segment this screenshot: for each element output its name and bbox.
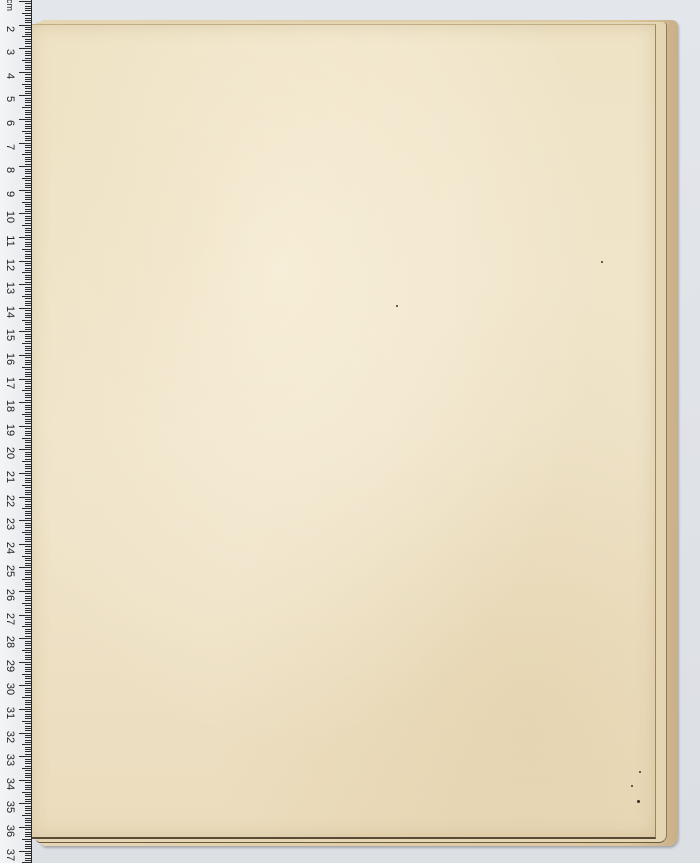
ruler-tick — [25, 348, 31, 349]
ruler-tick — [25, 81, 31, 82]
ruler-tick — [19, 166, 31, 167]
ruler-tick — [25, 799, 31, 800]
blank-page — [31, 24, 656, 839]
ruler-tick — [25, 336, 31, 337]
ruler-tick — [25, 643, 31, 644]
ruler-tick — [25, 667, 31, 668]
ruler-tick — [25, 256, 31, 257]
ruler-tick — [25, 369, 31, 370]
ruler-tick — [25, 121, 31, 122]
ruler-tick — [25, 853, 31, 854]
ruler-tick — [25, 8, 31, 9]
ruler-tick — [25, 161, 31, 162]
ruler-tick — [25, 598, 31, 599]
ruler-tick — [25, 759, 31, 760]
ruler-tick — [25, 126, 31, 127]
ruler-tick — [25, 796, 31, 797]
ruler-label: 19 — [4, 421, 16, 439]
ruler-tick — [25, 265, 31, 266]
ruler-tick — [25, 499, 31, 500]
ruler-tick — [25, 435, 31, 436]
ruler-tick — [25, 53, 31, 54]
ruler-tick — [22, 60, 31, 61]
ruler-tick — [25, 187, 31, 188]
ruler-tick — [25, 140, 31, 141]
ruler-tick — [25, 678, 31, 679]
ruler-tick — [19, 733, 31, 734]
ruler-tick — [25, 350, 31, 351]
ruler-tick — [25, 822, 31, 823]
ruler-tick — [25, 513, 31, 514]
ruler-tick — [25, 754, 31, 755]
ruler-tick — [25, 128, 31, 129]
ruler-tick — [25, 405, 31, 406]
ruler-tick — [25, 180, 31, 181]
ruler-tick — [22, 296, 31, 297]
ruler-tick — [25, 421, 31, 422]
ruler-tick — [25, 324, 31, 325]
ruler-tick — [25, 466, 31, 467]
ruler-tick — [19, 143, 31, 144]
ruler-tick — [25, 55, 31, 56]
ruler-tick — [25, 282, 31, 283]
ruler-tick — [25, 737, 31, 738]
ruler-tick — [25, 619, 31, 620]
ruler-tick — [22, 343, 31, 344]
ruler-tick — [25, 185, 31, 186]
ruler-tick — [25, 773, 31, 774]
ruler-tick — [25, 718, 31, 719]
ruler-tick — [25, 51, 31, 52]
ruler-tick — [25, 327, 31, 328]
ruler-tick — [25, 270, 31, 271]
ruler-tick — [25, 806, 31, 807]
ruler-tick — [25, 98, 31, 99]
ruler-label: 35 — [4, 798, 16, 816]
ruler-tick — [25, 29, 31, 30]
ruler-tick — [25, 813, 31, 814]
ruler-tick — [25, 381, 31, 382]
ruler-tick — [25, 150, 31, 151]
ruler-tick — [25, 560, 31, 561]
ruler-tick — [25, 700, 31, 701]
ink-speck — [639, 771, 641, 773]
ruler-tick — [25, 657, 31, 658]
ruler-tick — [19, 685, 31, 686]
ruler-tick — [25, 251, 31, 252]
ruler-tick — [25, 494, 31, 495]
ruler-tick — [19, 851, 31, 852]
ruler-tick — [25, 707, 31, 708]
ruler-tick — [25, 197, 31, 198]
ruler-tick — [25, 515, 31, 516]
ruler-tick — [25, 501, 31, 502]
ruler-tick — [25, 133, 31, 134]
ruler-label: 22 — [4, 492, 16, 510]
ruler-label: 12 — [4, 256, 16, 274]
ruler-label: 18 — [4, 397, 16, 415]
ruler-tick — [25, 527, 31, 528]
ruler-tick — [25, 478, 31, 479]
ruler-tick — [25, 820, 31, 821]
ruler-tick — [25, 480, 31, 481]
centimeter-ruler: cm23456789101112131415161718192021222324… — [0, 0, 32, 863]
ruler-tick — [25, 239, 31, 240]
ruler-label: 36 — [4, 822, 16, 840]
ruler-tick — [25, 254, 31, 255]
ruler-tick — [25, 558, 31, 559]
ruler-tick — [25, 787, 31, 788]
ruler-label: 3 — [4, 43, 16, 61]
ink-speck — [396, 305, 398, 307]
ruler-tick — [25, 506, 31, 507]
ruler-tick — [22, 390, 31, 391]
ruler-tick — [25, 844, 31, 845]
ruler-tick — [25, 372, 31, 373]
ruler-label: 32 — [4, 728, 16, 746]
ruler-tick — [25, 789, 31, 790]
ruler-tick — [25, 360, 31, 361]
ruler-tick — [25, 770, 31, 771]
ruler-tick — [19, 780, 31, 781]
ruler-tick — [22, 202, 31, 203]
ruler-tick — [25, 572, 31, 573]
ruler-tick — [22, 249, 31, 250]
ruler-tick — [25, 848, 31, 849]
ruler-tick — [25, 563, 31, 564]
ruler-tick — [25, 669, 31, 670]
ruler-tick — [25, 431, 31, 432]
ruler-tick — [25, 77, 31, 78]
ruler-tick — [25, 209, 31, 210]
ruler-tick — [19, 497, 31, 498]
ruler-tick — [22, 13, 31, 14]
ruler-tick — [25, 6, 31, 7]
ruler-tick — [19, 449, 31, 450]
ruler-tick — [25, 808, 31, 809]
ruler-tick — [25, 600, 31, 601]
ruler-label: 31 — [4, 704, 16, 722]
ruler-tick — [19, 1, 31, 2]
ruler-tick — [19, 48, 31, 49]
ruler-tick — [25, 230, 31, 231]
ruler-tick — [25, 291, 31, 292]
ruler-tick — [25, 763, 31, 764]
ruler-tick — [25, 836, 31, 837]
ruler-tick — [22, 508, 31, 509]
ruler-tick — [25, 317, 31, 318]
ruler-label: 4 — [4, 67, 16, 85]
ruler-tick — [25, 322, 31, 323]
ruler-tick — [25, 652, 31, 653]
ruler-tick — [25, 169, 31, 170]
ruler-tick — [25, 633, 31, 634]
ruler-tick — [19, 520, 31, 521]
ruler-tick — [25, 244, 31, 245]
ruler-tick — [25, 589, 31, 590]
ruler-tick — [25, 492, 31, 493]
ruler-tick — [25, 15, 31, 16]
ruler-tick — [25, 110, 31, 111]
ruler-tick — [25, 782, 31, 783]
ruler-label: 21 — [4, 468, 16, 486]
ruler-tick — [25, 93, 31, 94]
ruler-tick — [25, 459, 31, 460]
ruler-tick — [19, 803, 31, 804]
ruler-tick — [25, 537, 31, 538]
ruler-tick — [25, 676, 31, 677]
ruler-tick — [25, 58, 31, 59]
ruler-tick — [19, 284, 31, 285]
ruler-tick — [25, 636, 31, 637]
ruler-tick — [25, 173, 31, 174]
ruler-tick — [19, 308, 31, 309]
ruler-tick — [25, 742, 31, 743]
ruler-tick — [19, 591, 31, 592]
ruler-tick — [25, 147, 31, 148]
ruler-tick — [25, 818, 31, 819]
ruler-tick — [25, 518, 31, 519]
ink-speck — [631, 785, 633, 787]
ruler-tick — [25, 659, 31, 660]
ruler-tick — [22, 320, 31, 321]
ruler-tick — [25, 716, 31, 717]
ruler-tick — [25, 204, 31, 205]
ruler-tick — [25, 504, 31, 505]
ruler-label: 27 — [4, 610, 16, 628]
ruler-tick — [25, 549, 31, 550]
ruler-tick — [25, 440, 31, 441]
ruler-label: 15 — [4, 326, 16, 344]
ruler-tick — [25, 353, 31, 354]
ruler-tick — [25, 487, 31, 488]
ruler-tick — [25, 855, 31, 856]
ruler-tick — [25, 612, 31, 613]
ruler-tick — [25, 192, 31, 193]
ruler-tick — [25, 34, 31, 35]
ruler-label: 7 — [4, 138, 16, 156]
ruler-label: 25 — [4, 562, 16, 580]
ruler-tick — [25, 388, 31, 389]
ruler-tick — [25, 20, 31, 21]
ruler-tick — [25, 41, 31, 42]
ruler-tick — [25, 277, 31, 278]
ruler-tick — [25, 46, 31, 47]
ruler-tick — [25, 456, 31, 457]
ruler-tick — [25, 433, 31, 434]
ruler-label: 23 — [4, 515, 16, 533]
ruler-tick — [22, 815, 31, 816]
ruler-tick — [25, 577, 31, 578]
ruler-tick — [19, 402, 31, 403]
ruler-tick — [25, 124, 31, 125]
ruler-tick — [25, 570, 31, 571]
ruler-tick — [25, 246, 31, 247]
ruler-tick — [25, 294, 31, 295]
ruler-tick — [25, 629, 31, 630]
ruler-tick — [25, 761, 31, 762]
ruler-tick — [25, 726, 31, 727]
ruler-tick — [19, 331, 31, 332]
ruler-tick — [25, 152, 31, 153]
ruler-tick — [22, 532, 31, 533]
ruler-tick — [22, 438, 31, 439]
ruler-tick — [25, 631, 31, 632]
ruler-tick — [25, 671, 31, 672]
ruler-label: 30 — [4, 680, 16, 698]
ruler-tick — [25, 775, 31, 776]
ruler-tick — [25, 310, 31, 311]
ruler-tick — [25, 664, 31, 665]
ruler-label: 10 — [4, 208, 16, 226]
ruler-tick — [25, 683, 31, 684]
ruler-label: 8 — [4, 161, 16, 179]
ruler-tick — [25, 362, 31, 363]
ruler-tick — [22, 603, 31, 604]
ruler-tick — [25, 334, 31, 335]
ruler-tick — [19, 756, 31, 757]
ruler-tick — [25, 86, 31, 87]
ruler-tick — [25, 112, 31, 113]
ruler-tick — [22, 107, 31, 108]
ruler-label: 16 — [4, 350, 16, 368]
ruler-tick — [25, 702, 31, 703]
ruler-tick — [25, 454, 31, 455]
ruler-tick — [22, 36, 31, 37]
ruler-tick — [25, 216, 31, 217]
ruler-tick — [25, 452, 31, 453]
ruler-tick — [25, 730, 31, 731]
ruler-tick — [22, 84, 31, 85]
ruler-label: 9 — [4, 185, 16, 203]
ruler-tick — [25, 655, 31, 656]
ruler-tick — [22, 225, 31, 226]
ruler-tick — [25, 235, 31, 236]
ruler-tick — [25, 541, 31, 542]
ruler-tick — [25, 846, 31, 847]
ruler-tick — [25, 289, 31, 290]
ruler-tick — [22, 674, 31, 675]
ruler-label: 20 — [4, 444, 16, 462]
ruler-tick — [25, 728, 31, 729]
ruler-tick — [25, 801, 31, 802]
ruler-tick — [19, 426, 31, 427]
ruler-tick — [25, 428, 31, 429]
ruler-tick — [22, 485, 31, 486]
ruler-tick — [22, 414, 31, 415]
ruler-tick — [25, 409, 31, 410]
ruler-tick — [19, 119, 31, 120]
ruler-tick — [25, 313, 31, 314]
ruler-tick — [22, 697, 31, 698]
ruler-label: 26 — [4, 586, 16, 604]
ruler-tick — [25, 511, 31, 512]
ruler-label: 33 — [4, 751, 16, 769]
ruler-tick — [19, 827, 31, 828]
ruler-tick — [25, 220, 31, 221]
ruler-label: 2 — [4, 20, 16, 38]
ruler-tick — [25, 275, 31, 276]
ruler-tick — [25, 482, 31, 483]
ruler-tick — [25, 825, 31, 826]
ruler-tick — [25, 32, 31, 33]
ruler-tick — [25, 794, 31, 795]
ruler-tick — [19, 567, 31, 568]
ruler-tick — [19, 25, 31, 26]
ruler-tick — [25, 785, 31, 786]
ink-speck — [601, 261, 603, 263]
ruler-tick — [25, 648, 31, 649]
ruler-label: 13 — [4, 279, 16, 297]
ruler-tick — [25, 3, 31, 4]
ruler-tick — [25, 242, 31, 243]
ruler-tick — [25, 523, 31, 524]
ruler-tick — [22, 579, 31, 580]
ruler-tick — [25, 102, 31, 103]
ruler-tick — [25, 218, 31, 219]
ruler-tick — [25, 645, 31, 646]
ruler-tick — [25, 195, 31, 196]
ruler-tick — [25, 475, 31, 476]
ruler-tick — [25, 268, 31, 269]
ruler-tick — [25, 553, 31, 554]
ruler-tick — [19, 473, 31, 474]
ruler-tick — [25, 777, 31, 778]
ruler-tick — [25, 341, 31, 342]
ruler-tick — [25, 584, 31, 585]
ruler-tick — [19, 190, 31, 191]
ruler-tick — [25, 136, 31, 137]
ruler-tick — [25, 383, 31, 384]
ruler-tick — [25, 690, 31, 691]
ruler-tick — [22, 768, 31, 769]
ruler-tick — [25, 735, 31, 736]
ruler-tick — [22, 721, 31, 722]
ruler-tick — [25, 279, 31, 280]
ruler-tick — [25, 593, 31, 594]
ruler-tick — [22, 792, 31, 793]
ruler-tick — [25, 145, 31, 146]
ruler-tick — [25, 91, 31, 92]
ruler-tick — [25, 100, 31, 101]
ruler-label: 28 — [4, 633, 16, 651]
ruler-tick — [25, 586, 31, 587]
ruler-tick — [25, 442, 31, 443]
ruler-tick — [25, 171, 31, 172]
ruler-tick — [25, 88, 31, 89]
ruler-tick — [25, 176, 31, 177]
ruler-tick — [25, 27, 31, 28]
ruler-tick — [25, 263, 31, 264]
ruler-tick — [25, 447, 31, 448]
ruler-tick — [25, 412, 31, 413]
ruler-tick — [25, 79, 31, 80]
ruler-tick — [25, 393, 31, 394]
ruler-tick — [25, 105, 31, 106]
ruler-tick — [25, 423, 31, 424]
ruler-tick — [22, 556, 31, 557]
ruler-tick — [22, 154, 31, 155]
ruler-tick — [25, 211, 31, 212]
ruler-tick — [25, 681, 31, 682]
ruler-tick — [25, 539, 31, 540]
ruler-tick — [25, 546, 31, 547]
ruler-tick — [19, 237, 31, 238]
ruler-tick — [25, 832, 31, 833]
ruler-tick — [19, 662, 31, 663]
ruler-label: 6 — [4, 114, 16, 132]
ink-speck — [637, 800, 640, 803]
